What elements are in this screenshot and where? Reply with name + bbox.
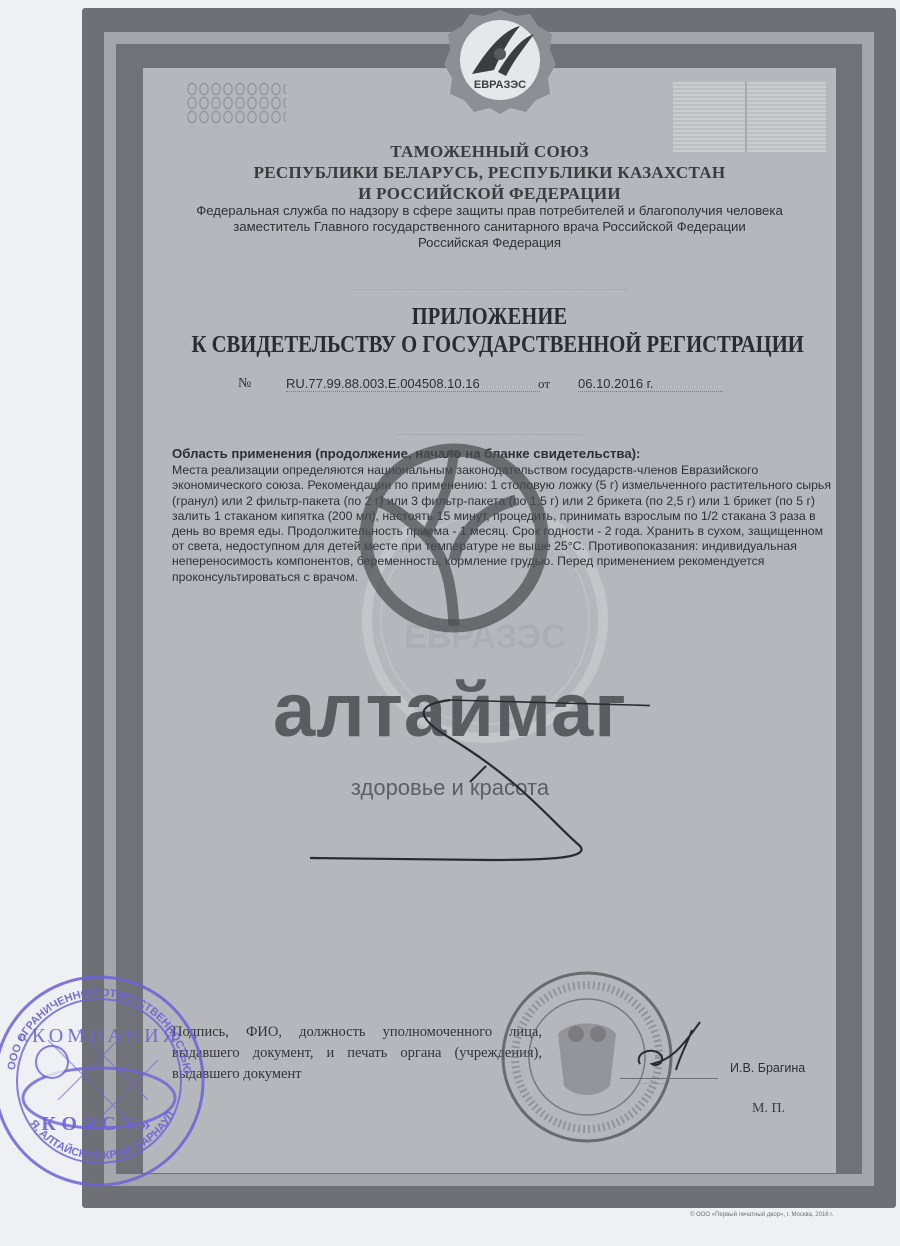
service-header: Федеральная служба по надзору в сфере за… (143, 203, 836, 251)
registration-number: RU.77.99.88.003.E.004508.10.16 (286, 376, 540, 392)
signer-name: И.В. Брагина (730, 1061, 805, 1075)
authority-caption: ········································… (143, 287, 836, 293)
scope-title: Область применения (продолжение, начало … (172, 446, 832, 461)
union-line: ТАМОЖЕННЫЙ СОЮЗ (143, 141, 836, 162)
scope-text: Места реализации определяются национальн… (172, 463, 832, 585)
union-line: РЕСПУБЛИКИ БЕЛАРУСЬ, РЕСПУБЛИКИ КАЗАХСТА… (143, 162, 836, 183)
number-sign: № (238, 376, 251, 392)
printer-note: © ООО «Первый печатный двор», г. Москва,… (690, 1212, 833, 1218)
guilloche-pattern (186, 82, 286, 124)
seal-place-label: М. П. (752, 1101, 785, 1117)
eurasec-emblem-icon: ЕВРАЗЭС (440, 8, 560, 116)
signature-line-caption: ················· (640, 1081, 668, 1087)
union-line: И РОССИЙСКОЙ ФЕДЕРАЦИИ (143, 183, 836, 204)
registration-date: 06.10.2016 г. (578, 376, 723, 392)
service-line: Российская Федерация (143, 235, 836, 251)
brand-watermark: алтаймаг (218, 673, 682, 749)
union-header: ТАМОЖЕННЫЙ СОЮЗ РЕСПУБЛИКИ БЕЛАРУСЬ, РЕС… (143, 141, 836, 204)
signature-caption: Подпись, ФИО, должность уполномоченного … (172, 1022, 542, 1085)
svg-text:ЕВРАЗЭС: ЕВРАЗЭС (474, 79, 526, 91)
signature-line (620, 1078, 718, 1079)
from-label: от (538, 376, 550, 392)
registration-line: № RU.77.99.88.003.E.004508.10.16 от 06.1… (238, 376, 758, 398)
service-line: Федеральная служба по надзору в сфере за… (143, 203, 836, 219)
document-title: ПРИЛОЖЕНИЕ (195, 304, 784, 331)
brand-tagline: здоровье и красота (310, 775, 590, 801)
scope-section: Область применения (продолжение, начало … (172, 446, 832, 585)
document-subtitle: К СВИДЕТЕЛЬСТВУ О ГОСУДАРСТВЕННОЙ РЕГИСТ… (192, 332, 788, 359)
form-caption: ········································… (143, 432, 836, 438)
service-line: заместитель Главного государственного са… (143, 219, 836, 235)
